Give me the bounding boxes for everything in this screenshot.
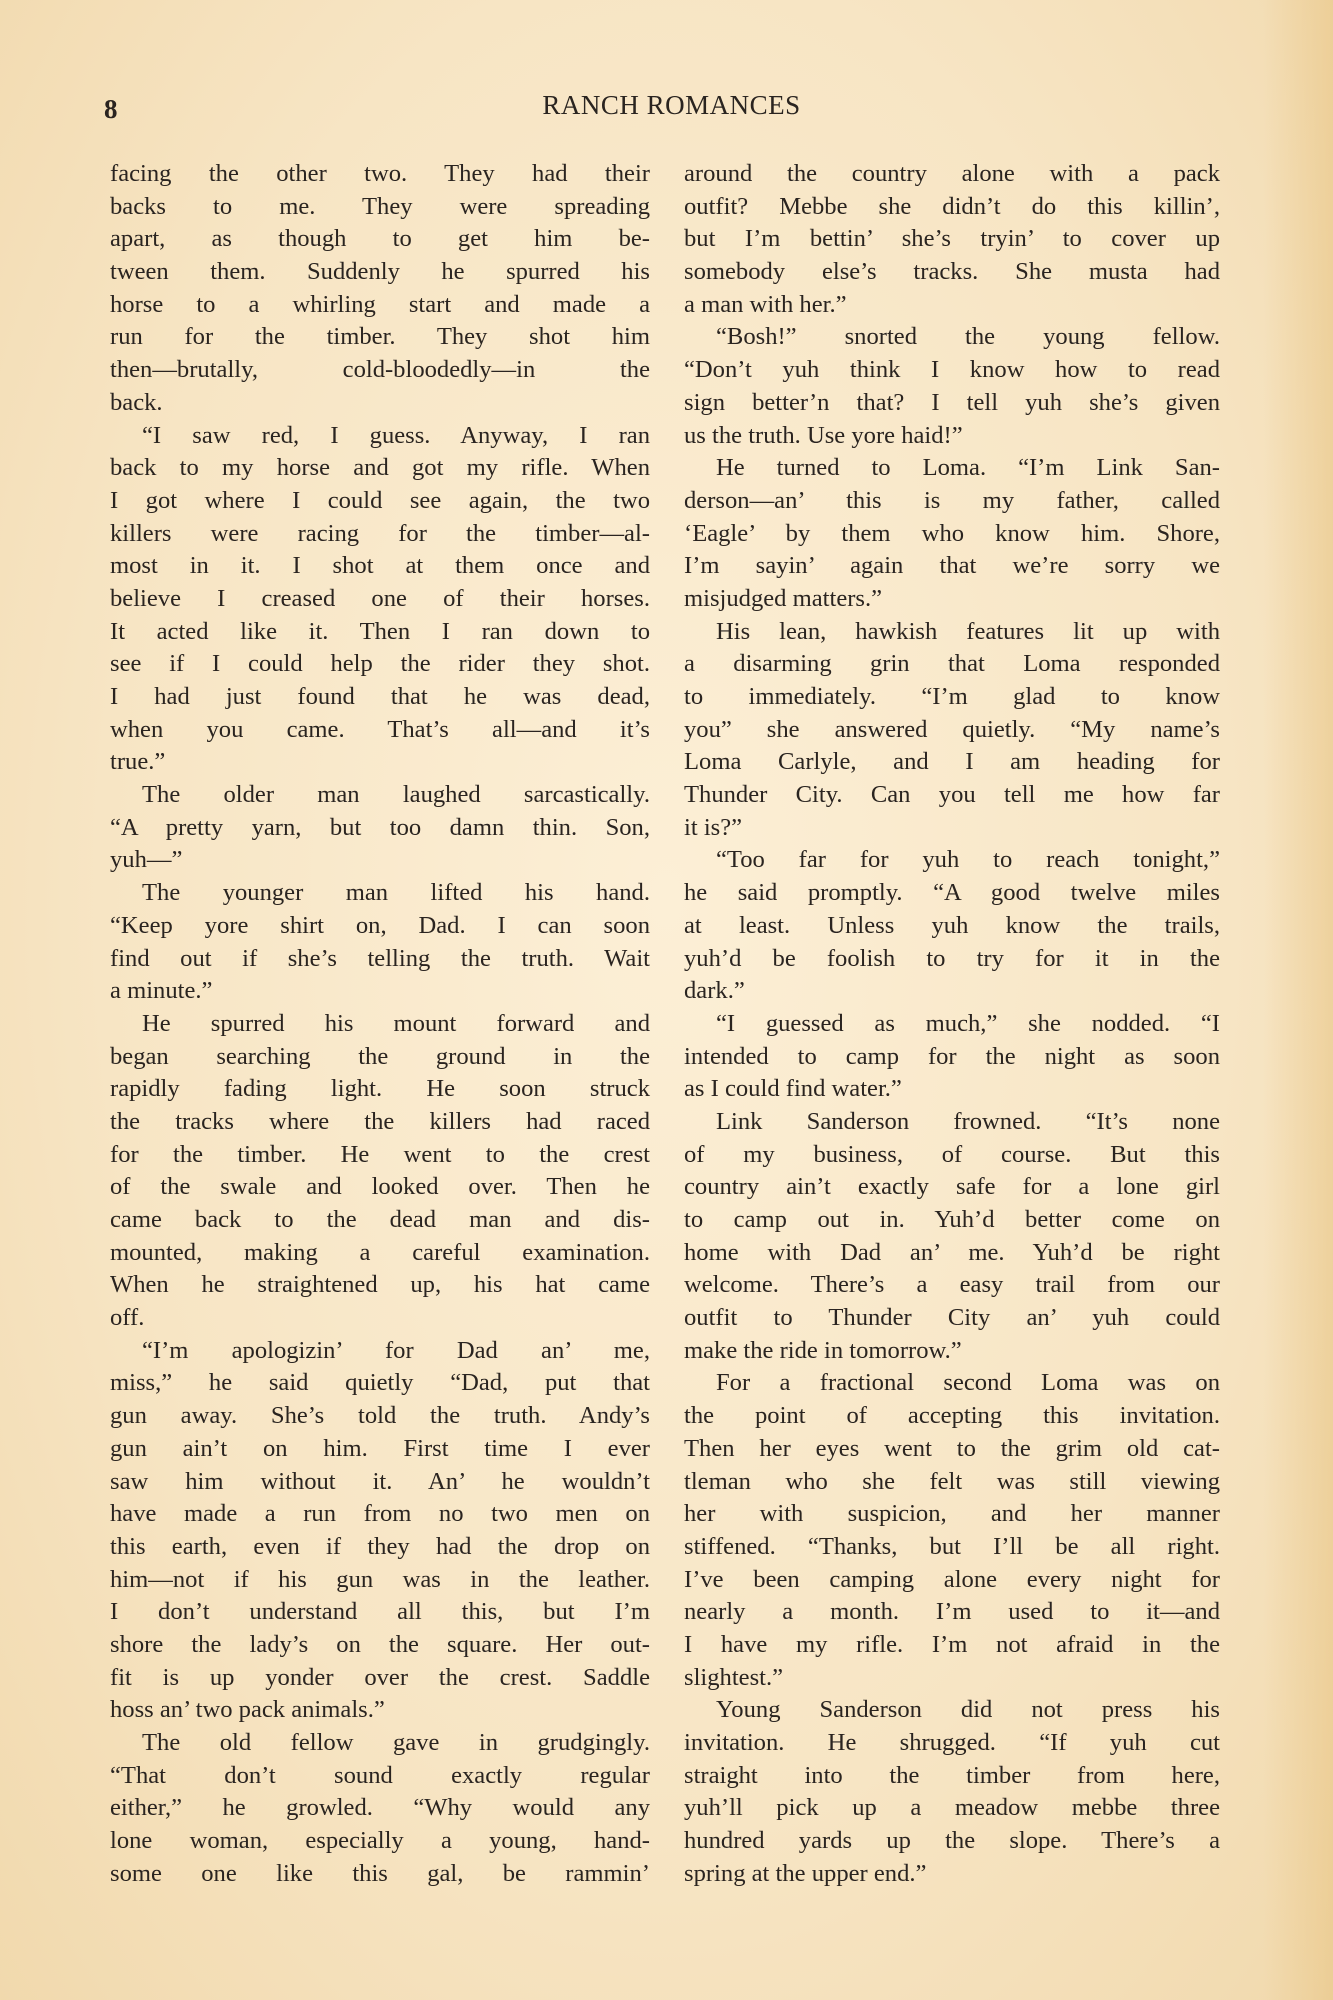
text-line: have made a run from no two men on	[110, 1498, 650, 1531]
text-line-content: rapidly fading light. He soon struck	[110, 1073, 650, 1106]
text-line-content: run for the timber. They shot him	[110, 321, 650, 354]
text-line: to camp out in. Yuh’d better come on	[684, 1204, 1220, 1237]
text-line: shore the lady’s on the square. Her out-	[110, 1629, 650, 1662]
text-line-content: nearly a month. I’m used to it—and	[684, 1596, 1220, 1629]
text-line: he said promptly. “A good twelve miles	[684, 877, 1220, 910]
text-line: gun ain’t on him. First time I ever	[110, 1433, 650, 1466]
text-line: run for the timber. They shot him	[110, 321, 650, 354]
text-line-content: facing the other two. They had their	[110, 158, 650, 191]
text-line-content: When he straightened up, his hat came	[110, 1269, 650, 1302]
text-line: off.	[110, 1302, 650, 1335]
text-line: miss,” he said quietly “Dad, put that	[110, 1367, 650, 1400]
text-line: “Don’t yuh think I know how to read	[684, 354, 1220, 387]
text-line-content: For a fractional second Loma was on	[716, 1367, 1220, 1400]
text-line: “Bosh!” snorted the young fellow.	[684, 321, 1220, 354]
text-line: hundred yards up the slope. There’s a	[684, 1825, 1220, 1858]
text-line-content: apart, as though to get him be-	[110, 223, 650, 256]
text-line-content: yuh’d be foolish to try for it in the	[684, 943, 1220, 976]
text-line-content: I’m sayin’ again that we’re sorry we	[684, 550, 1220, 583]
text-line-content: The older man laughed sarcastically.	[142, 779, 650, 812]
text-line: “I’m apologizin’ for Dad an’ me,	[110, 1335, 650, 1368]
text-line-content: miss,” he said quietly “Dad, put that	[110, 1367, 650, 1400]
text-line-content: back to my horse and got my rifle. When	[110, 452, 650, 485]
text-line: him—not if his gun was in the leather.	[110, 1564, 650, 1597]
text-line: He turned to Loma. “I’m Link San-	[684, 452, 1220, 485]
text-line-content: hundred yards up the slope. There’s a	[684, 1825, 1220, 1858]
text-line-content: horse to a whirling start and made a	[110, 289, 650, 322]
text-line: spring at the upper end.”	[684, 1858, 1220, 1891]
text-line-content: saw him without it. An’ he wouldn’t	[110, 1466, 650, 1499]
text-line-content: yuh’ll pick up a meadow mebbe three	[684, 1792, 1220, 1825]
text-line: home with Dad an’ me. Yuh’d be right	[684, 1237, 1220, 1270]
text-line: “I saw red, I guess. Anyway, I ran	[110, 420, 650, 453]
text-line-content: hoss an’ two pack animals.”	[110, 1694, 650, 1727]
text-line: stiffened. “Thanks, but I’ll be all righ…	[684, 1531, 1220, 1564]
text-line: us the truth. Use yore haid!”	[684, 420, 1220, 453]
text-line: invitation. He shrugged. “If yuh cut	[684, 1727, 1220, 1760]
text-line: welcome. There’s a easy trail from our	[684, 1269, 1220, 1302]
text-line: nearly a month. I’m used to it—and	[684, 1596, 1220, 1629]
text-line-content: derson—an’ this is my father, called	[684, 485, 1220, 518]
text-line-content: of the swale and looked over. Then he	[110, 1171, 650, 1204]
text-line-content: gun ain’t on him. First time I ever	[110, 1433, 650, 1466]
text-line: The older man laughed sarcastically.	[110, 779, 650, 812]
text-line-content: The old fellow gave in grudgingly.	[142, 1727, 650, 1760]
text-line-content: “I saw red, I guess. Anyway, I ran	[142, 420, 650, 453]
text-line: a minute.”	[110, 975, 650, 1008]
text-line: to immediately. “I’m glad to know	[684, 681, 1220, 714]
text-line: I have my rifle. I’m not afraid in the	[684, 1629, 1220, 1662]
text-line: Link Sanderson frowned. “It’s none	[684, 1106, 1220, 1139]
text-line: His lean, hawkish features lit up with	[684, 616, 1220, 649]
text-line-content: around the country alone with a pack	[684, 158, 1220, 191]
text-line: “Too far for yuh to reach tonight,”	[684, 844, 1220, 877]
text-line-content: this earth, even if they had the drop on	[110, 1531, 650, 1564]
text-line: “A pretty yarn, but too damn thin. Son,	[110, 812, 650, 845]
text-line-content: ‘Eagle’ by them who know him. Shore,	[684, 518, 1220, 551]
text-line: this earth, even if they had the drop on	[110, 1531, 650, 1564]
text-line: yuh—”	[110, 844, 650, 877]
text-line: hoss an’ two pack animals.”	[110, 1694, 650, 1727]
text-line-content: somebody else’s tracks. She musta had	[684, 256, 1220, 289]
text-line-content: straight into the timber from here,	[684, 1760, 1220, 1793]
text-line-content: some one like this gal, be rammin’	[110, 1858, 650, 1891]
text-line-content: Then her eyes went to the grim old cat-	[684, 1433, 1220, 1466]
text-line-content: Loma Carlyle, and I am heading for	[684, 746, 1220, 779]
text-line: a man with her.”	[684, 289, 1220, 322]
text-line-content: sign better’n that? I tell yuh she’s giv…	[684, 387, 1220, 420]
text-line: Thunder City. Can you tell me how far	[684, 779, 1220, 812]
text-line: derson—an’ this is my father, called	[684, 485, 1220, 518]
text-line-content: as I could find water.”	[684, 1073, 1220, 1106]
text-line-content: either,” he growled. “Why would any	[110, 1792, 650, 1825]
text-line: apart, as though to get him be-	[110, 223, 650, 256]
text-line: sign better’n that? I tell yuh she’s giv…	[684, 387, 1220, 420]
text-line-content: off.	[110, 1302, 650, 1335]
text-line: yuh’d be foolish to try for it in the	[684, 943, 1220, 976]
text-line-content: but I’m bettin’ she’s tryin’ to cover up	[684, 223, 1220, 256]
text-line: straight into the timber from here,	[684, 1760, 1220, 1793]
text-line-content: fit is up yonder over the crest. Saddle	[110, 1662, 650, 1695]
text-line-content: outfit? Mebbe she didn’t do this killin’…	[684, 191, 1220, 224]
text-line: mounted, making a careful examination.	[110, 1237, 650, 1270]
text-line-content: gun away. She’s told the truth. Andy’s	[110, 1400, 650, 1433]
text-line-content: stiffened. “Thanks, but I’ll be all righ…	[684, 1531, 1220, 1564]
text-line: came back to the dead man and dis-	[110, 1204, 650, 1237]
text-line: her with suspicion, and her manner	[684, 1498, 1220, 1531]
text-line: lone woman, especially a young, hand-	[110, 1825, 650, 1858]
text-line: find out if she’s telling the truth. Wai…	[110, 943, 650, 976]
text-line-content: “A pretty yarn, but too damn thin. Son,	[110, 812, 650, 845]
text-line: “That don’t sound exactly regular	[110, 1760, 650, 1793]
text-line-content: misjudged matters.”	[684, 583, 1220, 616]
text-line: yuh’ll pick up a meadow mebbe three	[684, 1792, 1220, 1825]
text-line-content: true.”	[110, 746, 650, 779]
text-line: I don’t understand all this, but I’m	[110, 1596, 650, 1629]
text-line: I’ve been camping alone every night for	[684, 1564, 1220, 1597]
text-line-content: I have my rifle. I’m not afraid in the	[684, 1629, 1220, 1662]
text-line-content: when you came. That’s all—and it’s	[110, 714, 650, 747]
text-line-content: dark.”	[684, 975, 1220, 1008]
text-line: it is?”	[684, 812, 1220, 845]
text-line-content: “I guessed as much,” she nodded. “I	[716, 1008, 1220, 1041]
text-line-content: tleman who she felt was still viewing	[684, 1466, 1220, 1499]
text-line: horse to a whirling start and made a	[110, 289, 650, 322]
text-line-content: make the ride in tomorrow.”	[684, 1335, 1220, 1368]
magazine-page: 8 RANCH ROMANCES facing the other two. T…	[0, 0, 1333, 2000]
text-line: misjudged matters.”	[684, 583, 1220, 616]
text-line-content: yuh—”	[110, 844, 650, 877]
text-line: “I guessed as much,” she nodded. “I	[684, 1008, 1220, 1041]
text-line: slightest.”	[684, 1662, 1220, 1695]
text-line: He spurred his mount forward and	[110, 1008, 650, 1041]
text-line-content: It acted like it. Then I ran down to	[110, 616, 650, 649]
text-line: some one like this gal, be rammin’	[110, 1858, 650, 1891]
text-line-content: killers were racing for the timber—al-	[110, 518, 650, 551]
text-line-content: of my business, of course. But this	[684, 1139, 1220, 1172]
text-line: back to my horse and got my rifle. When	[110, 452, 650, 485]
text-line: Loma Carlyle, and I am heading for	[684, 746, 1220, 779]
text-line-content: her with suspicion, and her manner	[684, 1498, 1220, 1531]
text-line: fit is up yonder over the crest. Saddle	[110, 1662, 650, 1695]
text-line-content: him—not if his gun was in the leather.	[110, 1564, 650, 1597]
text-line-content: The younger man lifted his hand.	[142, 877, 650, 910]
text-line-content: home with Dad an’ me. Yuh’d be right	[684, 1237, 1220, 1270]
text-line: backs to me. They were spreading	[110, 191, 650, 224]
text-line-content: most in it. I shot at them once and	[110, 550, 650, 583]
text-column-left: facing the other two. They had theirback…	[110, 158, 650, 1890]
text-line-content: Link Sanderson frowned. “It’s none	[716, 1106, 1220, 1139]
running-header: 8 RANCH ROMANCES	[0, 88, 1333, 128]
text-line: saw him without it. An’ he wouldn’t	[110, 1466, 650, 1499]
text-line-content: us the truth. Use yore haid!”	[684, 420, 1220, 453]
text-line: make the ride in tomorrow.”	[684, 1335, 1220, 1368]
text-line-content: “Keep yore shirt on, Dad. I can soon	[110, 910, 650, 943]
text-line-content: “That don’t sound exactly regular	[110, 1760, 650, 1793]
text-line: rapidly fading light. He soon struck	[110, 1073, 650, 1106]
text-line-content: back.	[110, 387, 650, 420]
text-line: around the country alone with a pack	[684, 158, 1220, 191]
text-line-content: to immediately. “I’m glad to know	[684, 681, 1220, 714]
text-line: of my business, of course. But this	[684, 1139, 1220, 1172]
text-line: believe I creased one of their horses.	[110, 583, 650, 616]
text-line: Young Sanderson did not press his	[684, 1694, 1220, 1727]
text-line: The younger man lifted his hand.	[110, 877, 650, 910]
text-line: of the swale and looked over. Then he	[110, 1171, 650, 1204]
text-line-content: I got where I could see again, the two	[110, 485, 650, 518]
text-line: when you came. That’s all—and it’s	[110, 714, 650, 747]
text-line-content: lone woman, especially a young, hand-	[110, 1825, 650, 1858]
text-line-content: Thunder City. Can you tell me how far	[684, 779, 1220, 812]
text-line: I got where I could see again, the two	[110, 485, 650, 518]
text-line: the point of accepting this invitation.	[684, 1400, 1220, 1433]
text-line-content: I had just found that he was dead,	[110, 681, 650, 714]
text-line: Then her eyes went to the grim old cat-	[684, 1433, 1220, 1466]
text-line-content: for the timber. He went to the crest	[110, 1139, 650, 1172]
text-line-content: the point of accepting this invitation.	[684, 1400, 1220, 1433]
text-line: true.”	[110, 746, 650, 779]
text-line: for the timber. He went to the crest	[110, 1139, 650, 1172]
text-line: a disarming grin that Loma responded	[684, 648, 1220, 681]
text-line-content: His lean, hawkish features lit up with	[716, 616, 1220, 649]
text-line-content: shore the lady’s on the square. Her out-	[110, 1629, 650, 1662]
text-line: but I’m bettin’ she’s tryin’ to cover up	[684, 223, 1220, 256]
text-line: at least. Unless yuh know the trails,	[684, 910, 1220, 943]
text-line: tween them. Suddenly he spurred his	[110, 256, 650, 289]
text-line-content: have made a run from no two men on	[110, 1498, 650, 1531]
text-line-content: intended to camp for the night as soon	[684, 1041, 1220, 1074]
text-line-content: outfit to Thunder City an’ yuh could	[684, 1302, 1220, 1335]
text-line: most in it. I shot at them once and	[110, 550, 650, 583]
text-line-content: “Bosh!” snorted the young fellow.	[716, 321, 1220, 354]
text-line-content: He spurred his mount forward and	[142, 1008, 650, 1041]
text-line-content: the tracks where the killers had raced	[110, 1106, 650, 1139]
text-line: intended to camp for the night as soon	[684, 1041, 1220, 1074]
text-line-content: at least. Unless yuh know the trails,	[684, 910, 1220, 943]
text-line: “Keep yore shirt on, Dad. I can soon	[110, 910, 650, 943]
text-line: ‘Eagle’ by them who know him. Shore,	[684, 518, 1220, 551]
text-line-content: invitation. He shrugged. “If yuh cut	[684, 1727, 1220, 1760]
text-line: outfit? Mebbe she didn’t do this killin’…	[684, 191, 1220, 224]
text-line-content: I’ve been camping alone every night for	[684, 1564, 1220, 1597]
text-line-content: a minute.”	[110, 975, 650, 1008]
text-line-content: He turned to Loma. “I’m Link San-	[716, 452, 1220, 485]
text-line-content: “Too far for yuh to reach tonight,”	[716, 844, 1220, 877]
text-line: outfit to Thunder City an’ yuh could	[684, 1302, 1220, 1335]
text-line-content: it is?”	[684, 812, 1220, 845]
text-line-content: find out if she’s telling the truth. Wai…	[110, 943, 650, 976]
text-line-content: began searching the ground in the	[110, 1041, 650, 1074]
text-line-content: see if I could help the rider they shot.	[110, 648, 650, 681]
text-line: tleman who she felt was still viewing	[684, 1466, 1220, 1499]
text-line: The old fellow gave in grudgingly.	[110, 1727, 650, 1760]
text-line-content: “Don’t yuh think I know how to read	[684, 354, 1220, 387]
text-line-content: a disarming grin that Loma responded	[684, 648, 1220, 681]
text-line: When he straightened up, his hat came	[110, 1269, 650, 1302]
page-edge-shading	[1263, 0, 1333, 2000]
text-line-content: Young Sanderson did not press his	[716, 1694, 1220, 1727]
text-column-right: around the country alone with a packoutf…	[684, 158, 1220, 1890]
text-line: somebody else’s tracks. She musta had	[684, 256, 1220, 289]
text-line: killers were racing for the timber—al-	[110, 518, 650, 551]
text-line: either,” he growled. “Why would any	[110, 1792, 650, 1825]
text-line-content: a man with her.”	[684, 289, 1220, 322]
text-line-content: backs to me. They were spreading	[110, 191, 650, 224]
text-line: you” she answered quietly. “My name’s	[684, 714, 1220, 747]
text-line-content: he said promptly. “A good twelve miles	[684, 877, 1220, 910]
text-line-content: mounted, making a careful examination.	[110, 1237, 650, 1270]
publication-title: RANCH ROMANCES	[0, 90, 1333, 121]
text-line: I had just found that he was dead,	[110, 681, 650, 714]
text-line: It acted like it. Then I ran down to	[110, 616, 650, 649]
text-line: back.	[110, 387, 650, 420]
text-line-content: “I’m apologizin’ for Dad an’ me,	[142, 1335, 650, 1368]
text-line: see if I could help the rider they shot.	[110, 648, 650, 681]
text-line: the tracks where the killers had raced	[110, 1106, 650, 1139]
text-line: gun away. She’s told the truth. Andy’s	[110, 1400, 650, 1433]
text-line-content: I don’t understand all this, but I’m	[110, 1596, 650, 1629]
text-line: dark.”	[684, 975, 1220, 1008]
text-line: as I could find water.”	[684, 1073, 1220, 1106]
text-line: country ain’t exactly safe for a lone gi…	[684, 1171, 1220, 1204]
text-line: For a fractional second Loma was on	[684, 1367, 1220, 1400]
text-line-content: welcome. There’s a easy trail from our	[684, 1269, 1220, 1302]
text-line-content: you” she answered quietly. “My name’s	[684, 714, 1220, 747]
text-line-content: to camp out in. Yuh’d better come on	[684, 1204, 1220, 1237]
text-line-content: tween them. Suddenly he spurred his	[110, 256, 650, 289]
text-line-content: slightest.”	[684, 1662, 1220, 1695]
text-line: then—brutally, cold-bloodedly—in the	[110, 354, 650, 387]
text-line: facing the other two. They had their	[110, 158, 650, 191]
text-line: began searching the ground in the	[110, 1041, 650, 1074]
text-line-content: believe I creased one of their horses.	[110, 583, 650, 616]
text-line-content: country ain’t exactly safe for a lone gi…	[684, 1171, 1220, 1204]
text-line: I’m sayin’ again that we’re sorry we	[684, 550, 1220, 583]
text-line-content: came back to the dead man and dis-	[110, 1204, 650, 1237]
text-line-content: spring at the upper end.”	[684, 1858, 1220, 1891]
text-line-content: then—brutally, cold-bloodedly—in the	[110, 354, 650, 387]
